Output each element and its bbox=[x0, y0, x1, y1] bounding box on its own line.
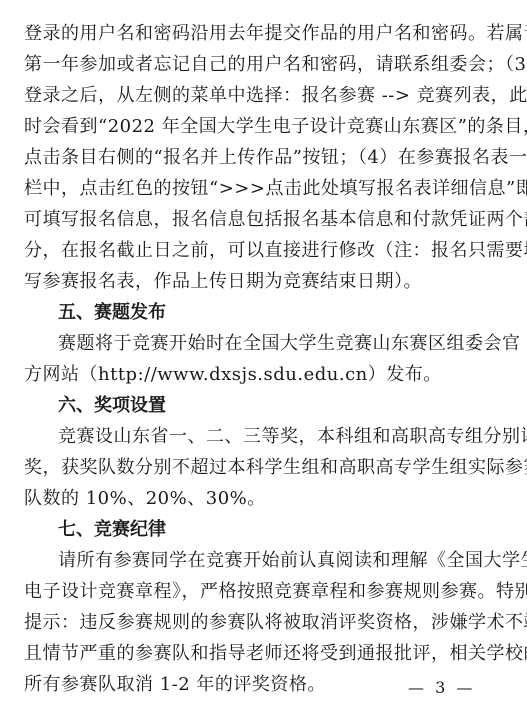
paragraph-line: 点击条目右侧的“报名并上传作品”按钮；（4）在参赛报名表一 bbox=[24, 142, 479, 173]
paragraph-line: 登录的用户名和密码沿用去年提交作品的用户名和密码。若属于 bbox=[24, 18, 479, 49]
section-heading-awards: 六、奖项设置 bbox=[24, 390, 479, 421]
paragraph-line: 写参赛报名表，作品上传日期为竞赛结束日期）。 bbox=[24, 266, 479, 297]
paragraph-line: 奖，获奖队数分别不超过本科学生组和高职高专学生组实际参赛 bbox=[24, 452, 479, 483]
document-page: 登录的用户名和密码沿用去年提交作品的用户名和密码。若属于 第一年参加或者忘记自己… bbox=[24, 18, 479, 700]
paragraph-line: 时会看到“2022 年全国大学生电子设计竞赛山东赛区”的条目， bbox=[24, 111, 479, 142]
paragraph-line: 方网站（http://www.dxsjs.sdu.edu.cn）发布。 bbox=[24, 359, 479, 390]
paragraph-line: 请所有参赛同学在竞赛开始前认真阅读和理解《全国大学生 bbox=[24, 545, 479, 576]
paragraph-line: 可填写报名信息，报名信息包括报名基本信息和付款凭证两个部 bbox=[24, 204, 479, 235]
paragraph-line: 第一年参加或者忘记自己的用户名和密码，请联系组委会；（3） bbox=[24, 49, 479, 80]
paragraph-line: 电子设计竞赛章程》，严格按照竞赛章程和参赛规则参赛。特别 bbox=[24, 576, 479, 607]
paragraph-line: 分，在报名截止日之前，可以直接进行修改（注：报名只需要填 bbox=[24, 235, 479, 266]
paragraph-line: 赛题将于竞赛开始时在全国大学生竞赛山东赛区组委会官 bbox=[24, 328, 479, 359]
paragraph-line: 栏中，点击红色的按钮“>>>点击此处填写报名表详细信息”即 bbox=[24, 173, 479, 204]
paragraph-line: 登录之后，从左侧的菜单中选择：报名参赛 --> 竞赛列表，此 bbox=[24, 80, 479, 111]
paragraph-line: 提示：违反参赛规则的参赛队将被取消评奖资格，涉嫌学术不端 bbox=[24, 607, 479, 638]
section-heading-contest-release: 五、赛题发布 bbox=[24, 297, 479, 328]
page-number: — 3 — bbox=[408, 678, 475, 697]
section-heading-discipline: 七、竞赛纪律 bbox=[24, 514, 479, 545]
paragraph-line: 队数的 10%、20%、30%。 bbox=[24, 483, 479, 514]
paragraph-line: 且情节严重的参赛队和指导老师还将受到通报批评，相关学校的 bbox=[24, 638, 479, 669]
paragraph-line: 竞赛设山东省一、二、三等奖，本科组和高职高专组分别评 bbox=[24, 421, 479, 452]
